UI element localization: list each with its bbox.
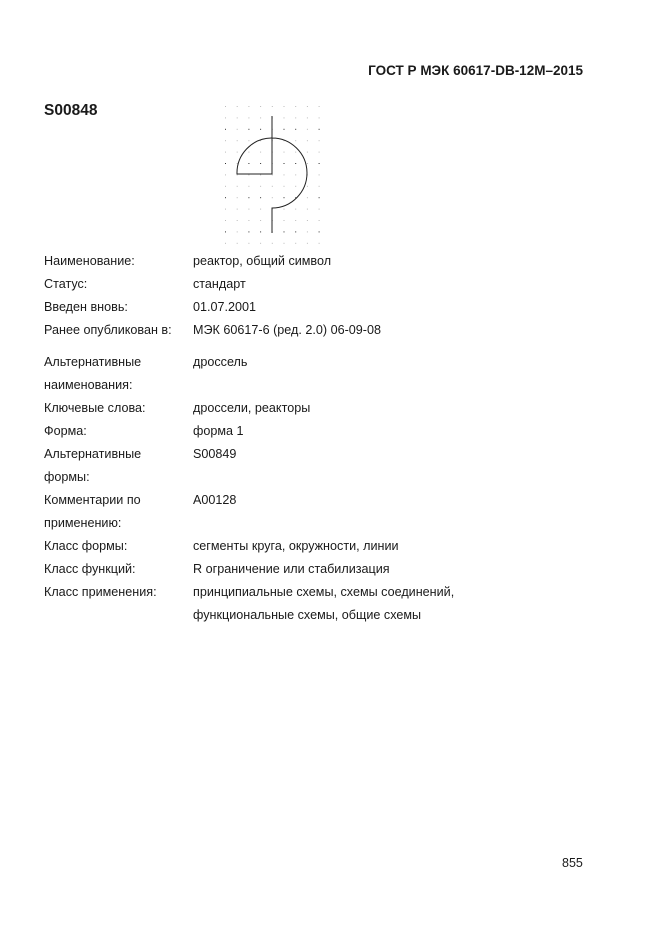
field-value (193, 374, 604, 397)
field-row: наименования: (44, 374, 604, 397)
field-value (193, 466, 604, 489)
field-value: реактор, общий символ (193, 250, 604, 273)
field-value: S00849 (193, 443, 604, 466)
field-value (193, 512, 604, 535)
field-row: Комментарии поA00128 (44, 489, 604, 512)
field-value: принципиальные схемы, схемы соединений, (193, 581, 604, 604)
field-value: R ограничение или стабилизация (193, 558, 604, 581)
field-row: Статус:стандарт (44, 273, 604, 296)
field-label: применению: (44, 512, 193, 535)
field-value: A00128 (193, 489, 604, 512)
field-value: функциональные схемы, общие схемы (193, 604, 604, 627)
field-value: 01.07.2001 (193, 296, 604, 319)
field-label: Альтернативные (44, 351, 193, 374)
field-label: Введен вновь: (44, 296, 193, 319)
field-label: Наименование: (44, 250, 193, 273)
field-value: дроссель (193, 351, 604, 374)
field-label: Класс применения: (44, 581, 193, 604)
field-row: Форма:форма 1 (44, 420, 604, 443)
field-label: формы: (44, 466, 193, 489)
field-row: Класс применения:принципиальные схемы, с… (44, 581, 604, 604)
field-row: Класс формы:сегменты круга, окружности, … (44, 535, 604, 558)
field-label: Класс функций: (44, 558, 193, 581)
field-label: Форма: (44, 420, 193, 443)
field-row: применению: (44, 512, 604, 535)
field-value: сегменты круга, окружности, линии (193, 535, 604, 558)
symbol-code: S00848 (44, 102, 97, 120)
field-row: функциональные схемы, общие схемы (44, 604, 604, 627)
field-row: Ранее опубликован в:МЭК 60617-6 (ред. 2.… (44, 319, 604, 342)
field-label: Ранее опубликован в: (44, 319, 193, 342)
field-row: Класс функций:R ограничение или стабилиз… (44, 558, 604, 581)
field-table: Наименование:реактор, общий символСтатус… (44, 250, 604, 627)
field-label: Ключевые слова: (44, 397, 193, 420)
field-row: Ключевые слова:дроссели, реакторы (44, 397, 604, 420)
field-value: форма 1 (193, 420, 604, 443)
field-value: стандарт (193, 273, 604, 296)
field-label: наименования: (44, 374, 193, 397)
field-value: МЭК 60617-6 (ред. 2.0) 06-09-08 (193, 319, 604, 342)
field-row: Введен вновь:01.07.2001 (44, 296, 604, 319)
field-row: Наименование:реактор, общий символ (44, 250, 604, 273)
field-value: дроссели, реакторы (193, 397, 604, 420)
field-row: АльтернативныеS00849 (44, 443, 604, 466)
field-label: Альтернативные (44, 443, 193, 466)
field-label: Статус: (44, 273, 193, 296)
field-label (44, 604, 193, 627)
standard-header: ГОСТ Р МЭК 60617-DB-12М–2015 (368, 63, 583, 78)
field-row: формы: (44, 466, 604, 489)
page-number: 855 (562, 856, 583, 870)
field-label: Класс формы: (44, 535, 193, 558)
field-row: Альтернативныедроссель (44, 351, 604, 374)
field-label: Комментарии по (44, 489, 193, 512)
reactor-symbol-icon (218, 98, 328, 250)
